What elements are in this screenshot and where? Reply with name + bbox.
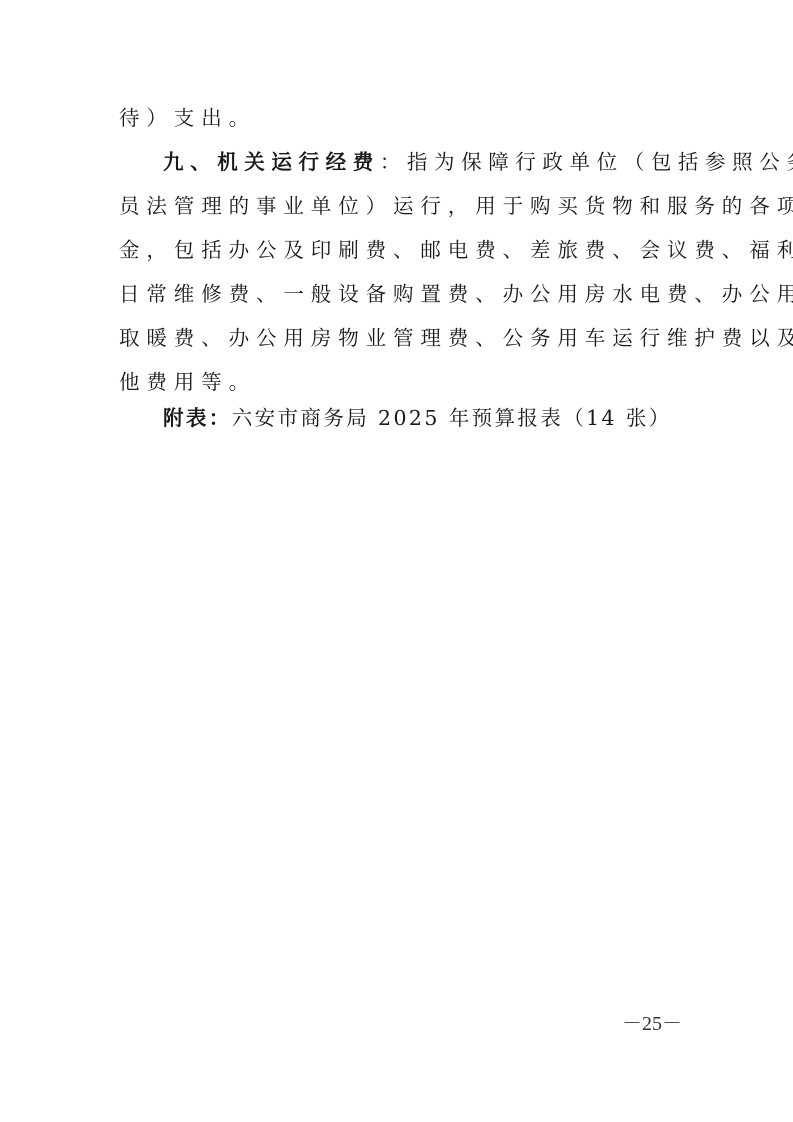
paragraph-line-3: 员法管理的事业单位）运行，用于购买货物和服务的各项资 [119,192,679,220]
appendix-line: 附表：六安市商务局 2025 年预算报表（14 张） [163,404,672,432]
paragraph-line-1: 待）支出。 [119,104,679,132]
page-number: －25－ [622,1012,682,1036]
paragraph-line-4: 金，包括办公及印刷费、邮电费、差旅费、会议费、福利费、 [119,236,679,264]
appendix-label: 附表： [163,406,232,430]
appendix-text: 六安市商务局 2025 年预算报表（14 张） [232,406,672,430]
paragraph-line-7: 他费用等。 [119,368,679,396]
section-nine-colon: ： [380,150,407,174]
section-nine-heading: 九、机关运行经费 [163,150,380,174]
paragraph-line-6: 取暖费、办公用房物业管理费、公务用车运行维护费以及其 [119,324,679,352]
paragraph-line-5: 日常维修费、一般设备购置费、办公用房水电费、办公用房 [119,280,679,308]
section-nine-text: 指为保障行政单位（包括参照公务 [407,150,793,174]
section-nine-first-line: 九、机关运行经费：指为保障行政单位（包括参照公务 [163,148,723,176]
document-page: 待）支出。 九、机关运行经费：指为保障行政单位（包括参照公务 员法管理的事业单位… [0,0,793,1122]
